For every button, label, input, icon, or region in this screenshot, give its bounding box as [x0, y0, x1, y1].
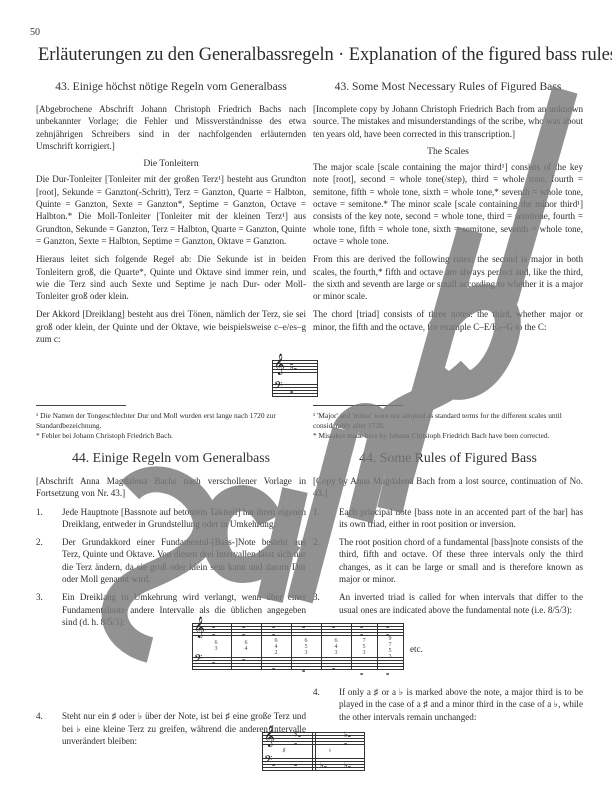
- chord-icon: 𝅝𝅝: [242, 622, 245, 638]
- triad-music-example: 𝄞 𝄢 𝅝 ♭𝅝 𝅝: [272, 356, 318, 396]
- bass-note-icon: 𝅝: [360, 669, 363, 677]
- bass-note-icon: 𝅝: [272, 664, 275, 672]
- section-43-heading-de: 43. Einige höchst nötige Regeln vom Gene…: [36, 80, 306, 94]
- section-44-english: 44. Some Rules of Figured Bass [Copy by …: [313, 450, 583, 729]
- rule-number: 2.: [36, 536, 43, 548]
- rule-item: 2.The root position chord of a fundament…: [313, 536, 583, 585]
- chord-icon: 𝅝𝅝: [212, 622, 215, 638]
- footnote-1-de: ¹ Die Namen der Tongeschlechter Dur und …: [36, 411, 306, 431]
- rule-text: The root position chord of a fundamental…: [339, 537, 583, 584]
- rule-number: 3.: [313, 591, 320, 603]
- section-44-german: 44. Einige Regeln vom Generalbass [Absch…: [36, 450, 306, 753]
- section-43-intro-de: [Abgebrochene Abschrift Johann Christoph…: [36, 103, 306, 152]
- inversion-music-example: 𝄞 𝄢 𝅝𝅝 𝅝𝅝 𝅝𝅝 𝅝 𝅝 𝅝𝅝 𝅝𝅝 63 64 642 653 643…: [192, 621, 404, 671]
- chord-icon: ♯𝅝𝅝: [294, 731, 301, 747]
- section-43-para3-de: Der Akkord [Dreiklang] besteht aus drei …: [36, 308, 306, 345]
- rule-item: 1.Each principal note [bass note in an a…: [313, 506, 583, 531]
- figure-label: 63: [210, 640, 222, 652]
- bass-note-icon: 𝅝: [294, 760, 297, 768]
- section-43-heading-en: 43. Some Most Necessary Rules of Figured…: [313, 80, 583, 94]
- chord-icon: 𝅝: [302, 622, 305, 630]
- rule-number: 4.: [313, 686, 320, 698]
- rule-number: 3.: [36, 591, 43, 603]
- chord-icon: ♭𝅝𝅝: [344, 731, 351, 747]
- bass-note-icon: 𝅝: [212, 658, 215, 666]
- rule-text: An inverted triad is called for when int…: [339, 592, 583, 614]
- bass-note-icon: ♭𝅝: [320, 762, 327, 770]
- etc-label: etc.: [410, 644, 423, 654]
- chord-icon: 𝅝𝅝: [360, 622, 363, 638]
- bass-note-icon: 𝅝: [242, 655, 245, 663]
- rule-number: 4.: [36, 710, 43, 722]
- section-43-intro-en: [Incomplete copy by Johann Christoph Fri…: [313, 103, 583, 140]
- footnote-2-en: * Mistakes made here by Johann Christoph…: [313, 431, 583, 441]
- chord-icon: 𝅝: [332, 622, 335, 630]
- rules-list-en: 1.Each principal note [bass note in an a…: [313, 506, 583, 723]
- bass-note-icon: 𝅝: [386, 669, 389, 677]
- figure-label: 753: [358, 638, 370, 656]
- rule-item: 3.An inverted triad is called for when i…: [313, 591, 583, 616]
- rule-text: If only a ♯ or a ♭ is marked above the n…: [339, 687, 583, 722]
- rule-number: 2.: [313, 536, 320, 548]
- figure-label: 653: [300, 638, 312, 656]
- rule-text: Each principal note [bass note in an acc…: [339, 507, 583, 529]
- rule-number: 1.: [36, 506, 43, 518]
- section-43-para2-en: From this are derived the following rule…: [313, 253, 583, 302]
- footnote-1-en: ¹ 'Major' and 'minor' were not adopted a…: [313, 411, 583, 431]
- figure-label: 9753: [384, 636, 396, 660]
- flat-figure-icon: ♭: [324, 748, 336, 754]
- treble-clef-icon: 𝄞: [264, 726, 275, 747]
- footnotes-en: ¹ 'Major' and 'minor' were not adopted a…: [313, 405, 583, 441]
- section-43-para1-en: The major scale [scale containing the ma…: [313, 161, 583, 247]
- section-43-para2-de: Hieraus leitet sich folgende Regel ab: D…: [36, 253, 306, 302]
- bass-note-icon: 𝅝: [302, 666, 305, 674]
- section-44-heading-de: 44. Einige Regeln vom Generalbass: [36, 450, 306, 466]
- note-icon: 𝅝: [290, 387, 293, 395]
- footnotes-de: ¹ Die Namen der Tongeschlechter Dur und …: [36, 405, 306, 441]
- rule-item: 2.Der Grundakkord einer Fundamental-[Bas…: [36, 536, 306, 585]
- figure-label: 643: [330, 638, 342, 656]
- figure-label: 64: [240, 640, 252, 652]
- rule-text: Der Grundakkord einer Fundamental-[Bass-…: [62, 537, 306, 584]
- sharp-figure-icon: ♯: [278, 748, 290, 754]
- scales-subheading-de: Die Tonleitern: [36, 158, 306, 170]
- chord-icon: 𝅝𝅝: [272, 622, 275, 638]
- page-number: 50: [30, 27, 40, 38]
- bass-note-icon: 𝅝: [272, 760, 275, 768]
- treble-clef-icon: 𝄞: [274, 354, 285, 375]
- accidental-music-example: 𝄞 𝄢 ♯𝅝𝅝 ♭𝅝𝅝 ♯ ♭ 𝅝 𝅝 ♭𝅝 ♭𝅝: [262, 730, 365, 770]
- bass-note-icon: ♭𝅝: [344, 762, 351, 770]
- rule-text: Jede Hauptnote [Bassnote auf betontem Ta…: [62, 507, 306, 529]
- footnote-divider: [36, 405, 126, 406]
- bass-note-icon: 𝅝: [332, 664, 335, 672]
- note-icon: ♭𝅝: [290, 364, 297, 372]
- section-43-para3-en: The chord [triad] consists of three note…: [313, 308, 583, 333]
- bass-clef-icon: 𝄢: [274, 380, 282, 395]
- footnote-divider: [313, 405, 403, 406]
- section-44-heading-en: 44. Some Rules of Figured Bass: [313, 450, 583, 466]
- section-43-para1-de: Die Dur-Tonleiter [Tonleiter mit der gro…: [36, 173, 306, 247]
- section-43-english: 43. Some Most Necessary Rules of Figured…: [313, 80, 583, 339]
- page-title: Erläuterungen zu den Generalbassregeln ·…: [38, 45, 598, 66]
- rule-number: 1.: [313, 506, 320, 518]
- scales-subheading-en: The Scales: [313, 146, 583, 158]
- rule-item: 4.If only a ♯ or a ♭ is marked above the…: [313, 686, 583, 723]
- treble-clef-icon: 𝄞: [194, 617, 205, 638]
- footnote-2-de: * Fehler bei Johann Christoph Friedrich …: [36, 431, 306, 441]
- rule-item: 1.Jede Hauptnote [Bassnote auf betontem …: [36, 506, 306, 531]
- bass-clef-icon: 𝄢: [194, 653, 202, 668]
- figure-label: 642: [270, 638, 282, 656]
- section-44-intro-en: [Copy by Anna Magdalena Bach from a lost…: [313, 475, 583, 500]
- section-43-german: 43. Einige höchst nötige Regeln vom Gene…: [36, 80, 306, 351]
- section-44-intro-de: [Abschrift Anna Magdalena Bachs nach ver…: [36, 475, 306, 500]
